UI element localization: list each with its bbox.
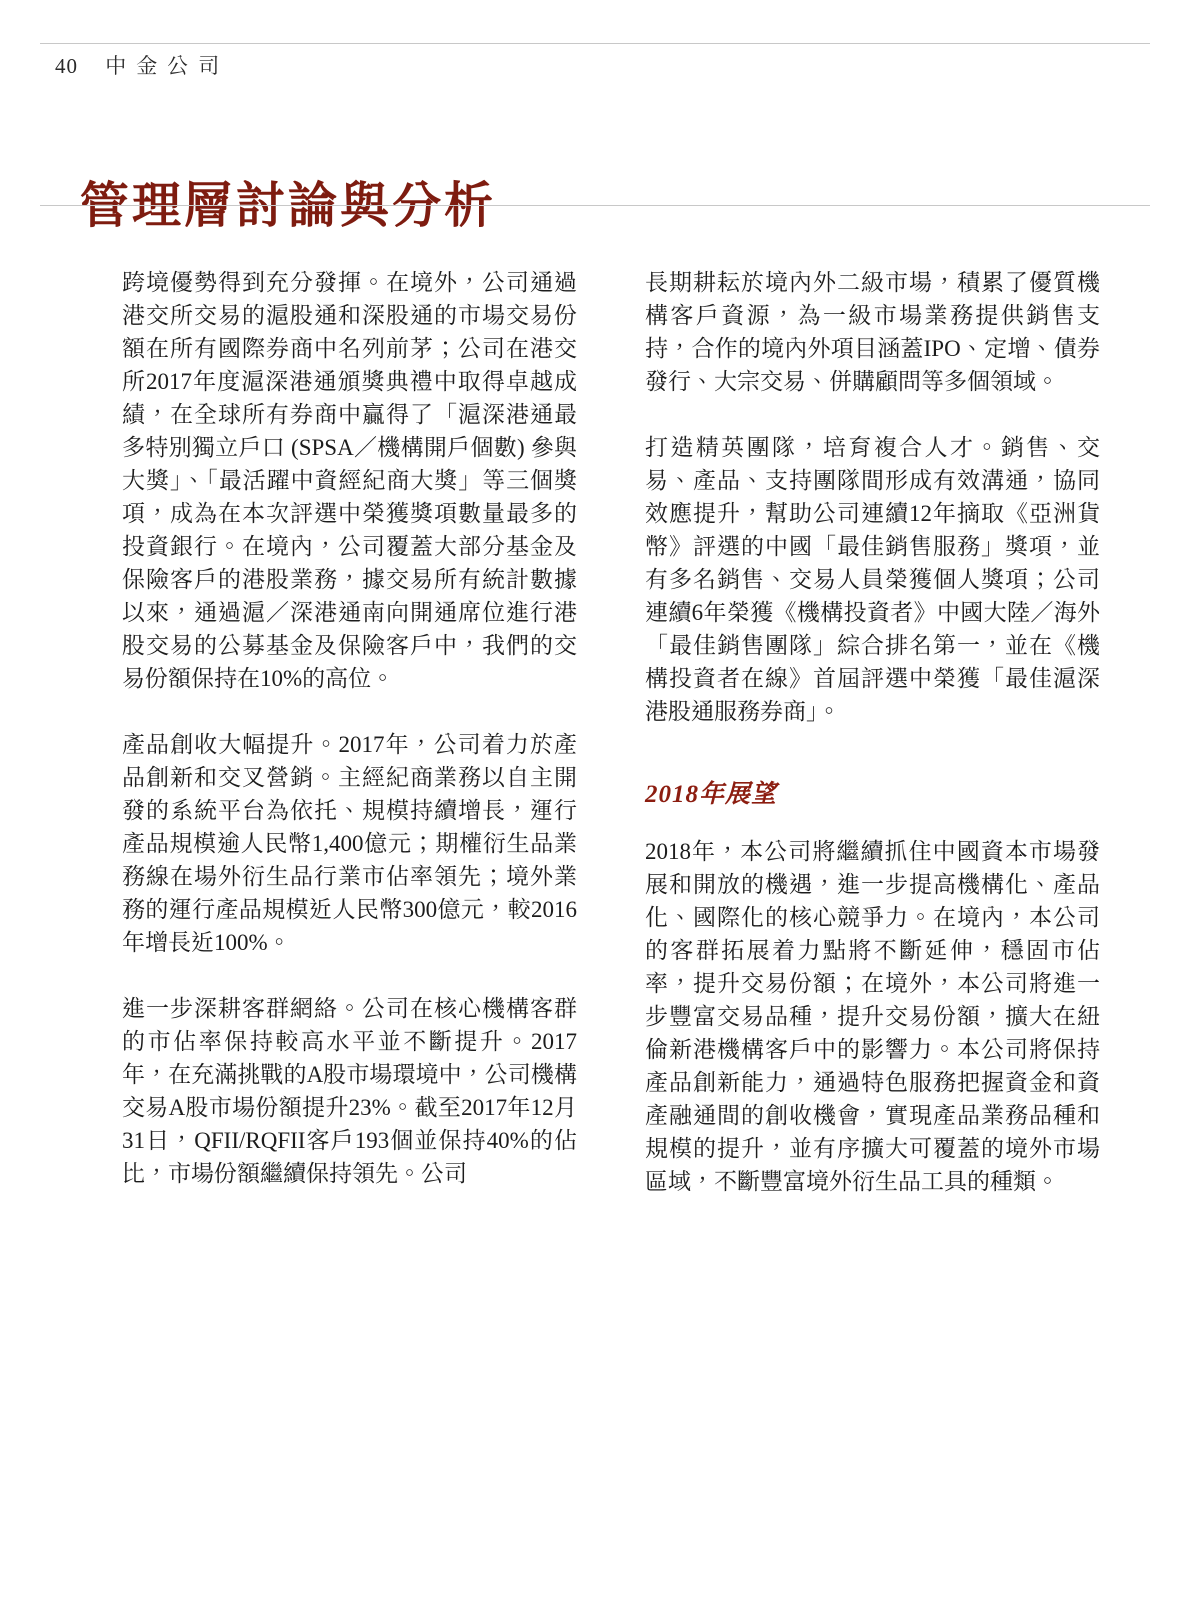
paragraph-outlook-2018: 2018年，本公司將繼續抓住中國資本市場發展和開放的機遇，進一步提高機構化、產品… (645, 835, 1100, 1198)
report-page: 40 中金公司 管理層討論與分析 跨境優勢得到充分發揮。在境外，公司通過港交所交… (0, 0, 1190, 1615)
paragraph-elite-team: 打造精英團隊，培育複合人才。銷售、交易、產品、支持團隊間形成有效溝通，協同效應提… (645, 431, 1100, 728)
paragraph-cross-border: 跨境優勢得到充分發揮。在境外，公司通過港交所交易的滬股通和深股通的市場交易份額在… (122, 266, 577, 695)
paragraph-product-revenue: 產品創收大幅提升。2017年，公司着力於產品創新和交叉營銷。主經紀商業務以自主開… (122, 728, 577, 959)
outlook-2018-heading: 2018年展望 (645, 774, 1100, 810)
title-rule (40, 205, 1150, 206)
right-column: 長期耕耘於境內外二級市場，積累了優質機構客戶資源，為一級市場業務提供銷售支持，合… (645, 266, 1100, 1198)
page-header: 40 中金公司 (55, 50, 229, 80)
paragraph-client-network: 進一步深耕客群網絡。公司在核心機構客群的市佔率保持較高水平並不斷提升。2017年… (122, 992, 577, 1190)
page-number: 40 (55, 54, 78, 79)
company-name: 中金公司 (105, 50, 229, 80)
header-rule (40, 43, 1150, 44)
page-title: 管理層討論與分析 (80, 167, 496, 237)
left-column: 跨境優勢得到充分發揮。在境外，公司通過港交所交易的滬股通和深股通的市場交易份額在… (122, 266, 577, 1190)
paragraph-secondary-market: 長期耕耘於境內外二級市場，積累了優質機構客戶資源，為一級市場業務提供銷售支持，合… (645, 266, 1100, 398)
